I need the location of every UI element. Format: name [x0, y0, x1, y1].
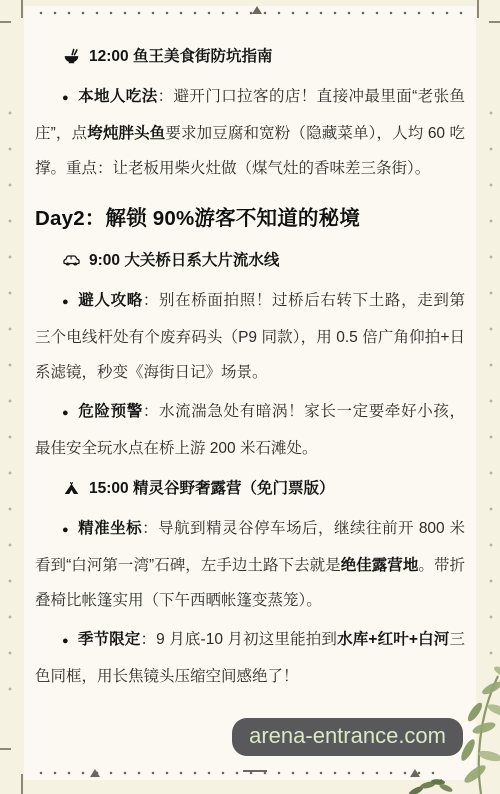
day2-heading: Day2：解锁 90%游客不知道的秘境	[35, 204, 465, 234]
bullet-icon: ●	[62, 296, 69, 308]
tip-label: 危险预警	[78, 403, 143, 420]
tip-bold-text: 垮炖胖头鱼	[87, 125, 165, 142]
bullet-icon: ●	[62, 92, 69, 104]
tick-marks-right	[488, 95, 494, 699]
bullet-icon: ●	[62, 524, 69, 536]
schedule-heading-bridge: 9:00 大关桥日系大片流水线	[63, 243, 465, 278]
tip-avoid-crowds: ●避人攻略：别在桥面拍照！过桥后右转下土路，走到第三个电线杆处有个废弃码头（P9…	[35, 283, 465, 390]
tip-label: 避人攻略	[78, 292, 143, 309]
tip-bold-text: 绝佳露营地	[341, 557, 419, 574]
tip-coordinates: ●精准坐标：导航到精灵谷停车场后，继续往前开 800 米看到“白河第一湾”石碑，…	[35, 511, 465, 618]
crop-mark	[489, 21, 500, 23]
car-icon	[63, 252, 80, 269]
tip-danger-warning: ●危险预警：水流湍急处有暗涡！家长一定要牵好小孩，最佳安全玩水点在桥上游 200…	[35, 394, 465, 466]
tip-label: 精准坐标	[78, 520, 142, 537]
crop-mark	[21, 774, 23, 794]
tip-text: ：9 月底-10 月初这里能拍到	[140, 631, 337, 648]
triangle-mark-icon	[90, 769, 100, 777]
tip-label: 季节限定	[78, 631, 141, 648]
tip-label: 本地人吃法	[78, 88, 158, 105]
bullet-icon: ●	[62, 407, 69, 419]
crop-mark	[0, 748, 11, 750]
dash-mark	[243, 770, 267, 773]
bullet-icon: ●	[62, 635, 69, 647]
crop-mark	[0, 21, 11, 23]
tent-icon	[63, 480, 80, 497]
watermark-badge: arena-entrance.com	[232, 718, 463, 756]
triangle-mark-icon	[252, 6, 262, 14]
crop-mark	[477, 0, 479, 18]
rice-bowl-icon	[63, 48, 80, 65]
schedule-heading-label: 9:00 大关桥日系大片流水线	[89, 243, 279, 278]
schedule-heading-label: 12:00 鱼王美食街防坑指南	[89, 39, 272, 74]
schedule-heading-camp: 15:00 精灵谷野奢露营（免门票版）	[63, 471, 465, 506]
guide-content: 12:00 鱼王美食街防坑指南 ●本地人吃法：避开门口拉客的店！直接冲最里面“老…	[35, 34, 465, 698]
dotted-border-top	[34, 11, 466, 15]
tick-marks-left	[7, 95, 13, 699]
crop-mark	[21, 0, 23, 18]
tip-bold-text: 水库+红叶+白河	[337, 631, 449, 648]
schedule-heading-lunch: 12:00 鱼王美食街防坑指南	[63, 39, 465, 74]
tip-local-eating: ●本地人吃法：避开门口拉客的店！直接冲最里面“老张鱼庄”，点垮炖胖头鱼要求加豆腐…	[35, 79, 465, 186]
schedule-heading-label: 15:00 精灵谷野奢露营（免门票版）	[89, 471, 334, 506]
